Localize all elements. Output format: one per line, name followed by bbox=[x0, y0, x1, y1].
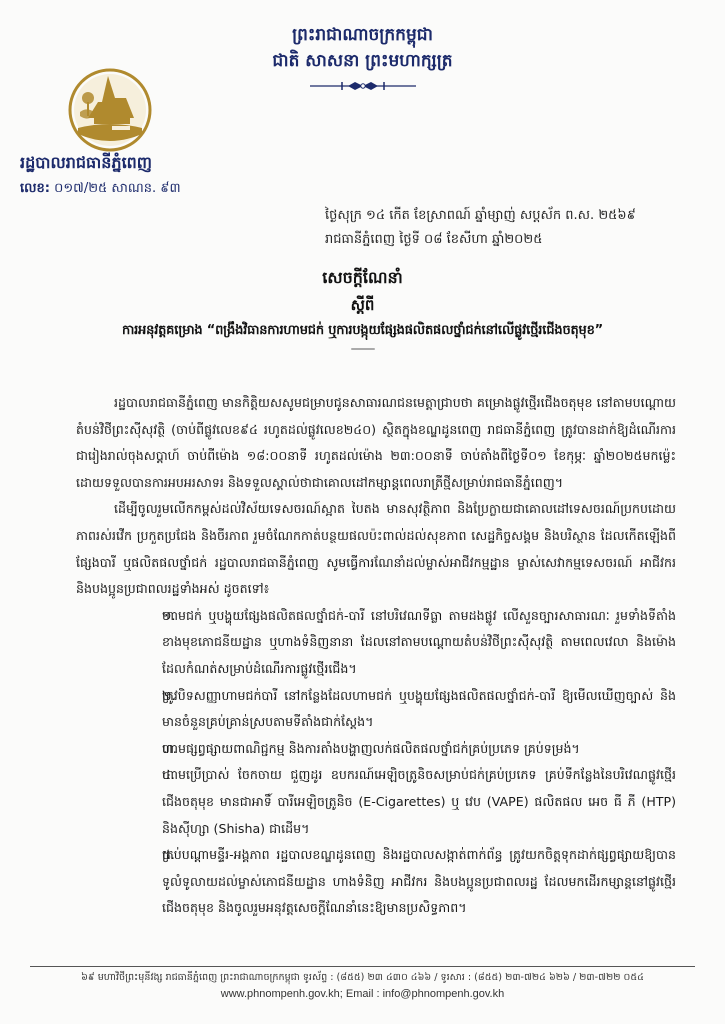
solar-date: រាជធានីភ្នំពេញ ថ្ងៃទី ០៨ ខែសីហា ឆ្នាំ២០២… bbox=[325, 228, 636, 252]
document-subject: ការអនុវត្តគម្រោង “ពង្រឹងវិធានការហាមជក់ ឬ… bbox=[0, 320, 725, 342]
issuing-authority-name: រដ្ឋបាលរាជធានីភ្នំពេញ bbox=[20, 152, 152, 176]
list-item-text: ត្រូវបិទសញ្ញាហាមជក់បារី នៅកន្លែងដែលហាមជក… bbox=[162, 683, 676, 736]
list-item-text: ហាមផ្សព្វផ្សាយពាណិជ្ជកម្ម និងការតាំងបង្ហ… bbox=[162, 736, 676, 763]
list-item: ១. ហាមជក់ ឬបង្ហុយផ្សែងផលិតផលថ្នាំជក់-បារ… bbox=[122, 603, 676, 683]
letterhead-footer: ៦៩ មហាវិថីព្រះមុនីវង្ស រាជធានីភ្នំពេញ ព្… bbox=[0, 970, 725, 1002]
paragraph-1: រដ្ឋបាលរាជធានីភ្នំពេញ មានកិត្តិយសសូមជម្រ… bbox=[76, 390, 676, 496]
footer-web-email: www.phnompenh.gov.kh; Email : info@phnom… bbox=[0, 986, 725, 1002]
instruction-list: ១. ហាមជក់ ឬបង្ហុយផ្សែងផលិតផលថ្នាំជក់-បារ… bbox=[76, 603, 676, 922]
lunar-date: ថ្ងៃសុក្រ ១៤ កើត ខែស្រាពណ៍ ឆ្នាំម្សាញ់ ស… bbox=[325, 204, 636, 228]
list-item-number: ៣. bbox=[162, 736, 177, 763]
reference-value: ០១៧/២៥ សាណន. ៩៣ bbox=[54, 181, 180, 196]
paragraph-2: ដើម្បីចូលរួមលើកកម្ពស់ដល់វិស័យទេសចរណ៍ស្អា… bbox=[76, 496, 676, 602]
title-about: ស្តីពី bbox=[0, 292, 725, 318]
decorative-divider-icon bbox=[308, 80, 418, 92]
list-item-text: ហាមប្រើប្រាស់ ចែកចាយ ជួញដូរ ឧបករណ៍អេឡិចត… bbox=[162, 762, 676, 842]
date-block: ថ្ងៃសុក្រ ១៤ កើត ខែស្រាពណ៍ ឆ្នាំម្សាញ់ ស… bbox=[325, 204, 636, 252]
footer-address-phone: ៦៩ មហាវិថីព្រះមុនីវង្ស រាជធានីភ្នំពេញ ព្… bbox=[0, 970, 725, 986]
list-item-number: ២. bbox=[162, 683, 176, 710]
list-item: ៤. ហាមប្រើប្រាស់ ចែកចាយ ជួញដូរ ឧបករណ៍អេឡ… bbox=[122, 762, 676, 842]
list-item-number: ១. bbox=[162, 603, 176, 630]
reference-number: លេខ: ០១៧/២៥ សាណន. ៩៣ bbox=[20, 180, 181, 199]
list-item-number: ៥. bbox=[162, 842, 175, 869]
document-body: រដ្ឋបាលរាជធានីភ្នំពេញ មានកិត្តិយសសូមជម្រ… bbox=[76, 390, 676, 922]
list-item-text: គ្រប់បណ្តាមន្ទីរ-អង្គភាព រដ្ឋបាលខណ្ឌដូនព… bbox=[162, 842, 676, 922]
list-item: ៥. គ្រប់បណ្តាមន្ទីរ-អង្គភាព រដ្ឋបាលខណ្ឌដ… bbox=[122, 842, 676, 922]
list-item: ៣. ហាមផ្សព្វផ្សាយពាណិជ្ជកម្ម និងការតាំងប… bbox=[122, 736, 676, 763]
official-letter-page: ព្រះរាជាណាចក្រកម្ពុជា ជាតិ សាសនា ព្រះមហា… bbox=[0, 0, 725, 1024]
list-item: ២. ត្រូវបិទសញ្ញាហាមជក់បារី នៅកន្លែងដែលហា… bbox=[122, 683, 676, 736]
phnom-penh-seal-icon bbox=[68, 68, 152, 152]
document-title-block: សេចក្តីណែនាំ ស្តីពី ការអនុវត្តគម្រោង “ពង… bbox=[0, 266, 725, 350]
list-item-number: ៤. bbox=[162, 762, 175, 789]
motto-kingdom: ព្រះរាជាណាចក្រកម្ពុជា bbox=[0, 22, 725, 48]
list-item-text: ហាមជក់ ឬបង្ហុយផ្សែងផលិតផលថ្នាំជក់-បារី ន… bbox=[162, 603, 676, 683]
reference-label: លេខ: bbox=[20, 181, 50, 196]
small-divider bbox=[351, 348, 375, 350]
document-type: សេចក្តីណែនាំ bbox=[0, 266, 725, 290]
footer-divider bbox=[30, 966, 695, 967]
